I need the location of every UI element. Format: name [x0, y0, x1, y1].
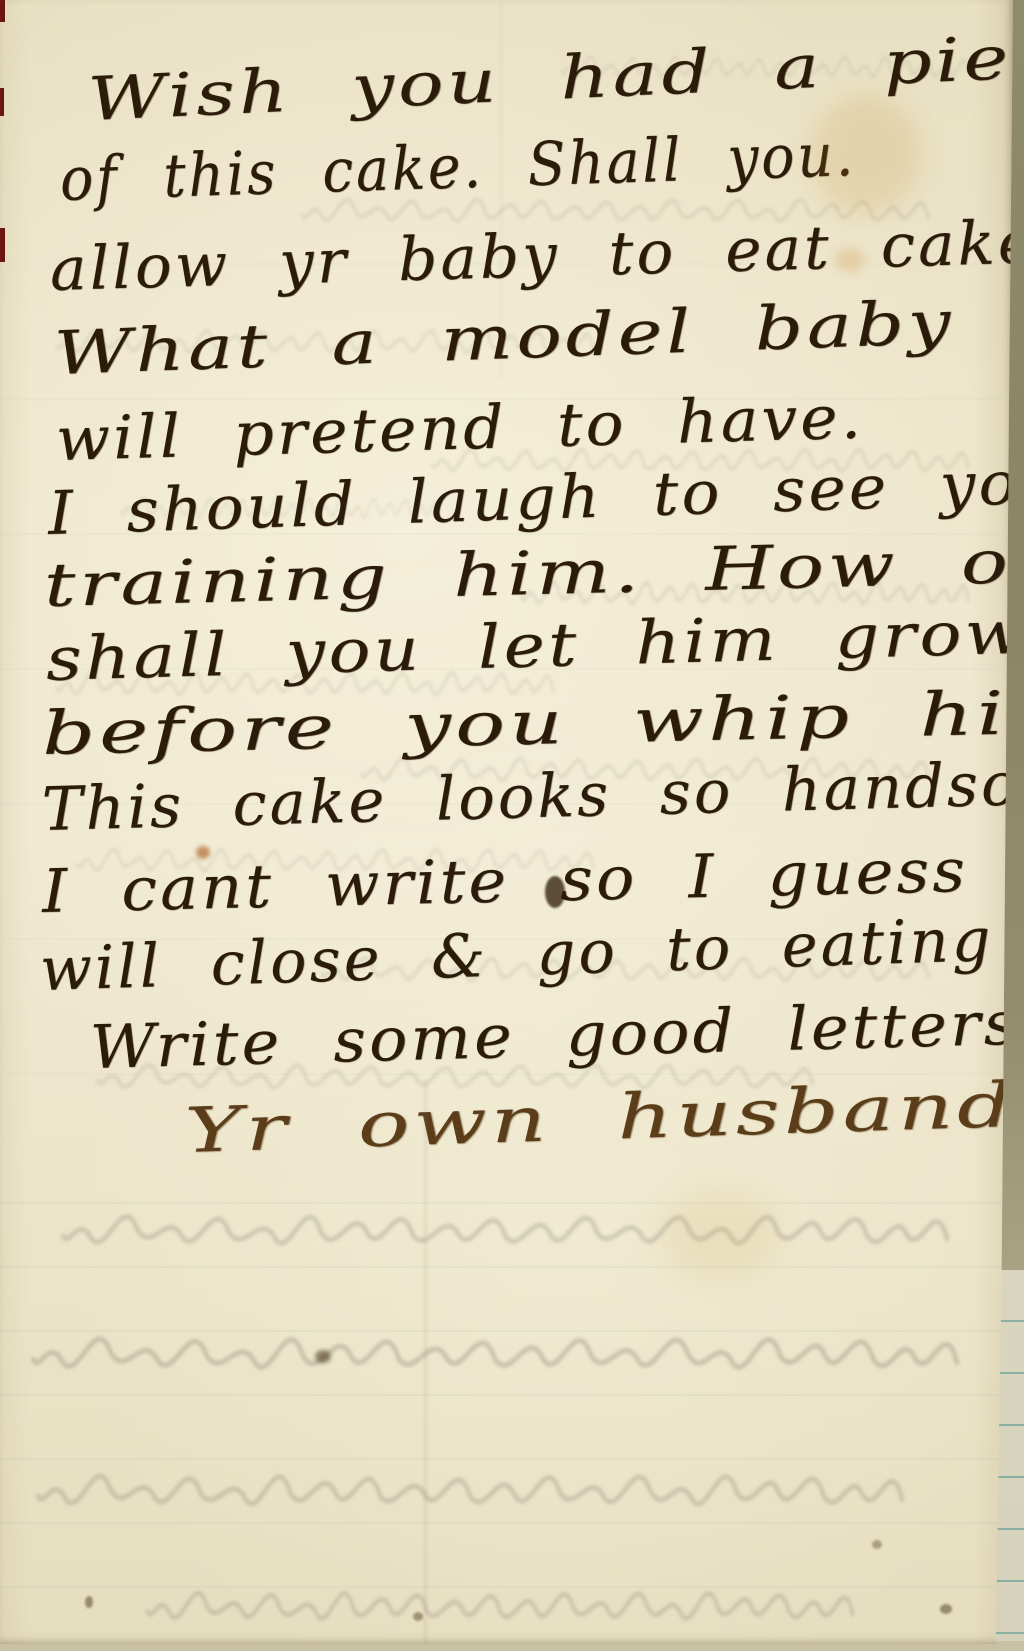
bleed-through-line: [35, 1436, 905, 1536]
letter-line: before you whip him.: [41, 681, 1024, 764]
binding-edge-mark: [0, 0, 5, 22]
binding-edge-mark: [0, 88, 4, 116]
signature-line: Yr own husband: [184, 1074, 1017, 1162]
letter-line: allow yr baby to eat cake?: [49, 211, 1024, 300]
bleed-through-line: [60, 1178, 950, 1274]
faint-ruling-lower: [0, 1140, 1003, 1644]
letter-line: Wish you had a piece: [87, 24, 1024, 130]
scanned-letter: Wish you had a pieceof this cake. Shall …: [0, 0, 1024, 1651]
paper-crease: [424, 1080, 427, 1651]
bleed-through-line: [145, 1556, 855, 1648]
letter-line: Write some good letters.: [89, 993, 1024, 1078]
binding-edge-mark: [0, 228, 5, 262]
ink-stain: [872, 1540, 882, 1549]
ink-stain: [85, 1596, 93, 1608]
bleed-through-line: [30, 1298, 960, 1400]
ink-stain: [660, 1190, 780, 1280]
ink-stain: [413, 1612, 423, 1621]
ink-stain: [940, 1604, 952, 1614]
ink-stain: [315, 1350, 331, 1363]
letter-line: of this cake. Shall you.: [59, 125, 857, 210]
letter-page: Wish you had a pieceof this cake. Shall …: [0, 0, 1013, 1644]
